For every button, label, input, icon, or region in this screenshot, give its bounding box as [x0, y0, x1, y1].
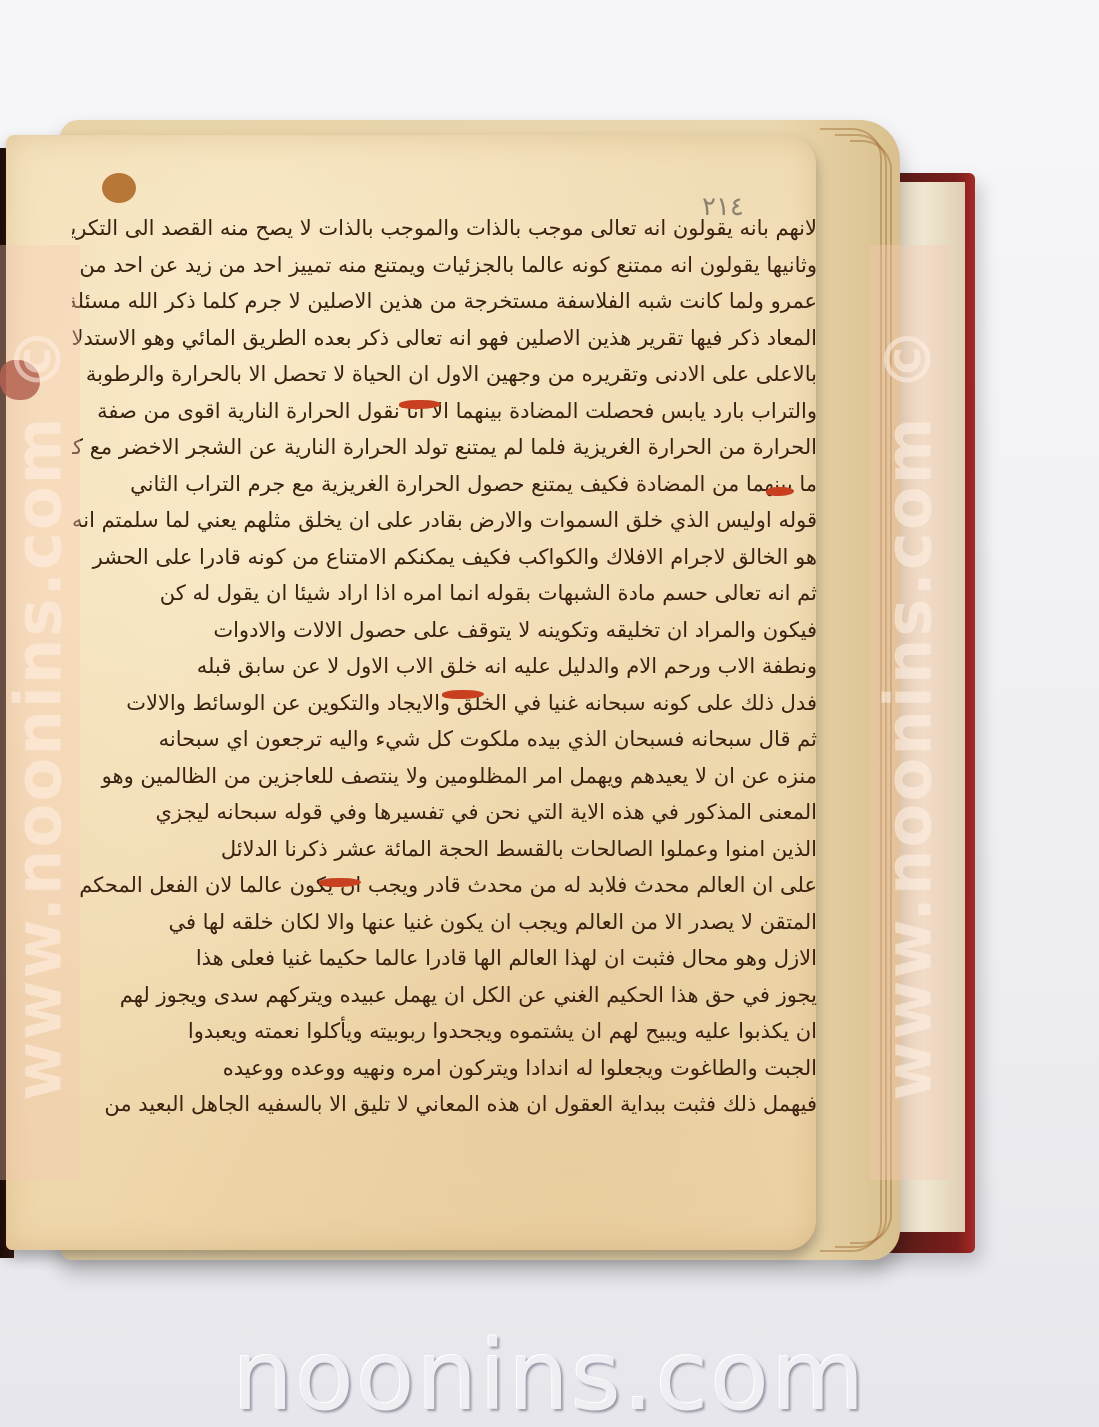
text-line: ان يكذبوا عليه ويبيح لهم ان يشتموه ويجحد…	[72, 1013, 817, 1050]
text-line: هو الخالق لاجرام الافلاك والكواكب فكيف ي…	[72, 539, 817, 576]
text-line: ما بينهما من المضادة فكيف يمتنع حصول الح…	[72, 466, 817, 503]
text-line: على ان العالم محدث فلابد له من محدث قادر…	[72, 867, 817, 904]
ink-stain	[102, 173, 136, 203]
watermark-text: www.noonins.com ©	[3, 325, 77, 1100]
text-line: ونطفة الاب ورحم الام والدليل عليه انه خل…	[72, 648, 817, 685]
text-line: الجبت والطاغوت ويجعلوا له اندادا ويتركون…	[72, 1050, 817, 1087]
text-line: يجوز في حق هذا الحكيم الغني عن الكل ان ي…	[72, 977, 817, 1014]
text-line: الحرارة من الحرارة الغريزية فلما لم يمتن…	[72, 429, 817, 466]
manuscript-text: لانهم بانه يقولون انه تعالى موجب بالذات …	[72, 210, 817, 1123]
text-line: وثانيها يقولون انه ممتنع كونه عالما بالج…	[72, 247, 817, 284]
text-line: عمرو ولما كانت شبه الفلاسفة مستخرجة من ه…	[72, 283, 817, 320]
text-line: والتراب بارد يابس فحصلت المضادة بينهما ا…	[72, 393, 817, 430]
text-line: فيكون والمراد ان تخليقه وتكوينه لا يتوقف…	[72, 612, 817, 649]
text-line: قوله اوليس الذي خلق السموات والارض بقادر…	[72, 502, 817, 539]
text-line: بالاعلى على الادنى وتقريره من وجهين الاو…	[72, 356, 817, 393]
text-line: فيهمل ذلك فثبت ببداية العقول ان هذه المع…	[72, 1086, 817, 1123]
watermark-left: www.noonins.com ©	[0, 245, 80, 1180]
text-line: الذين امنوا وعملوا الصالحات بالقسط الحجة…	[72, 831, 817, 868]
text-line: المتقن لا يصدر الا من العالم ويجب ان يكو…	[72, 904, 817, 941]
watermark-text: www.noonins.com ©	[873, 325, 947, 1100]
text-line: المعنى المذكور في هذه الاية التي نحن في …	[72, 794, 817, 831]
text-line: لانهم بانه يقولون انه تعالى موجب بالذات …	[72, 210, 817, 247]
watermark-bottom: noonins.com	[0, 1320, 1099, 1427]
text-line: الازل وهو محال فثبت ان لهذا العالم الها …	[72, 940, 817, 977]
text-line: منزه عن ان لا يعيدهم ويهمل امر المظلومين…	[72, 758, 817, 795]
text-line: فدل ذلك على كونه سبحانه غنيا في الخلق وا…	[72, 685, 817, 722]
text-line: ثم قال سبحانه فسبحان الذي بيده ملكوت كل …	[72, 721, 817, 758]
text-line: ثم انه تعالى حسم مادة الشبهات بقوله انما…	[72, 575, 817, 612]
line-text: بالاعلى على الادنى وتقريره من وجهين الاو…	[86, 362, 817, 386]
watermark-right: www.noonins.com ©	[870, 245, 950, 1180]
text-line: المعاد ذكر فيها تقرير هذين الاصلين فهو ا…	[72, 320, 817, 357]
